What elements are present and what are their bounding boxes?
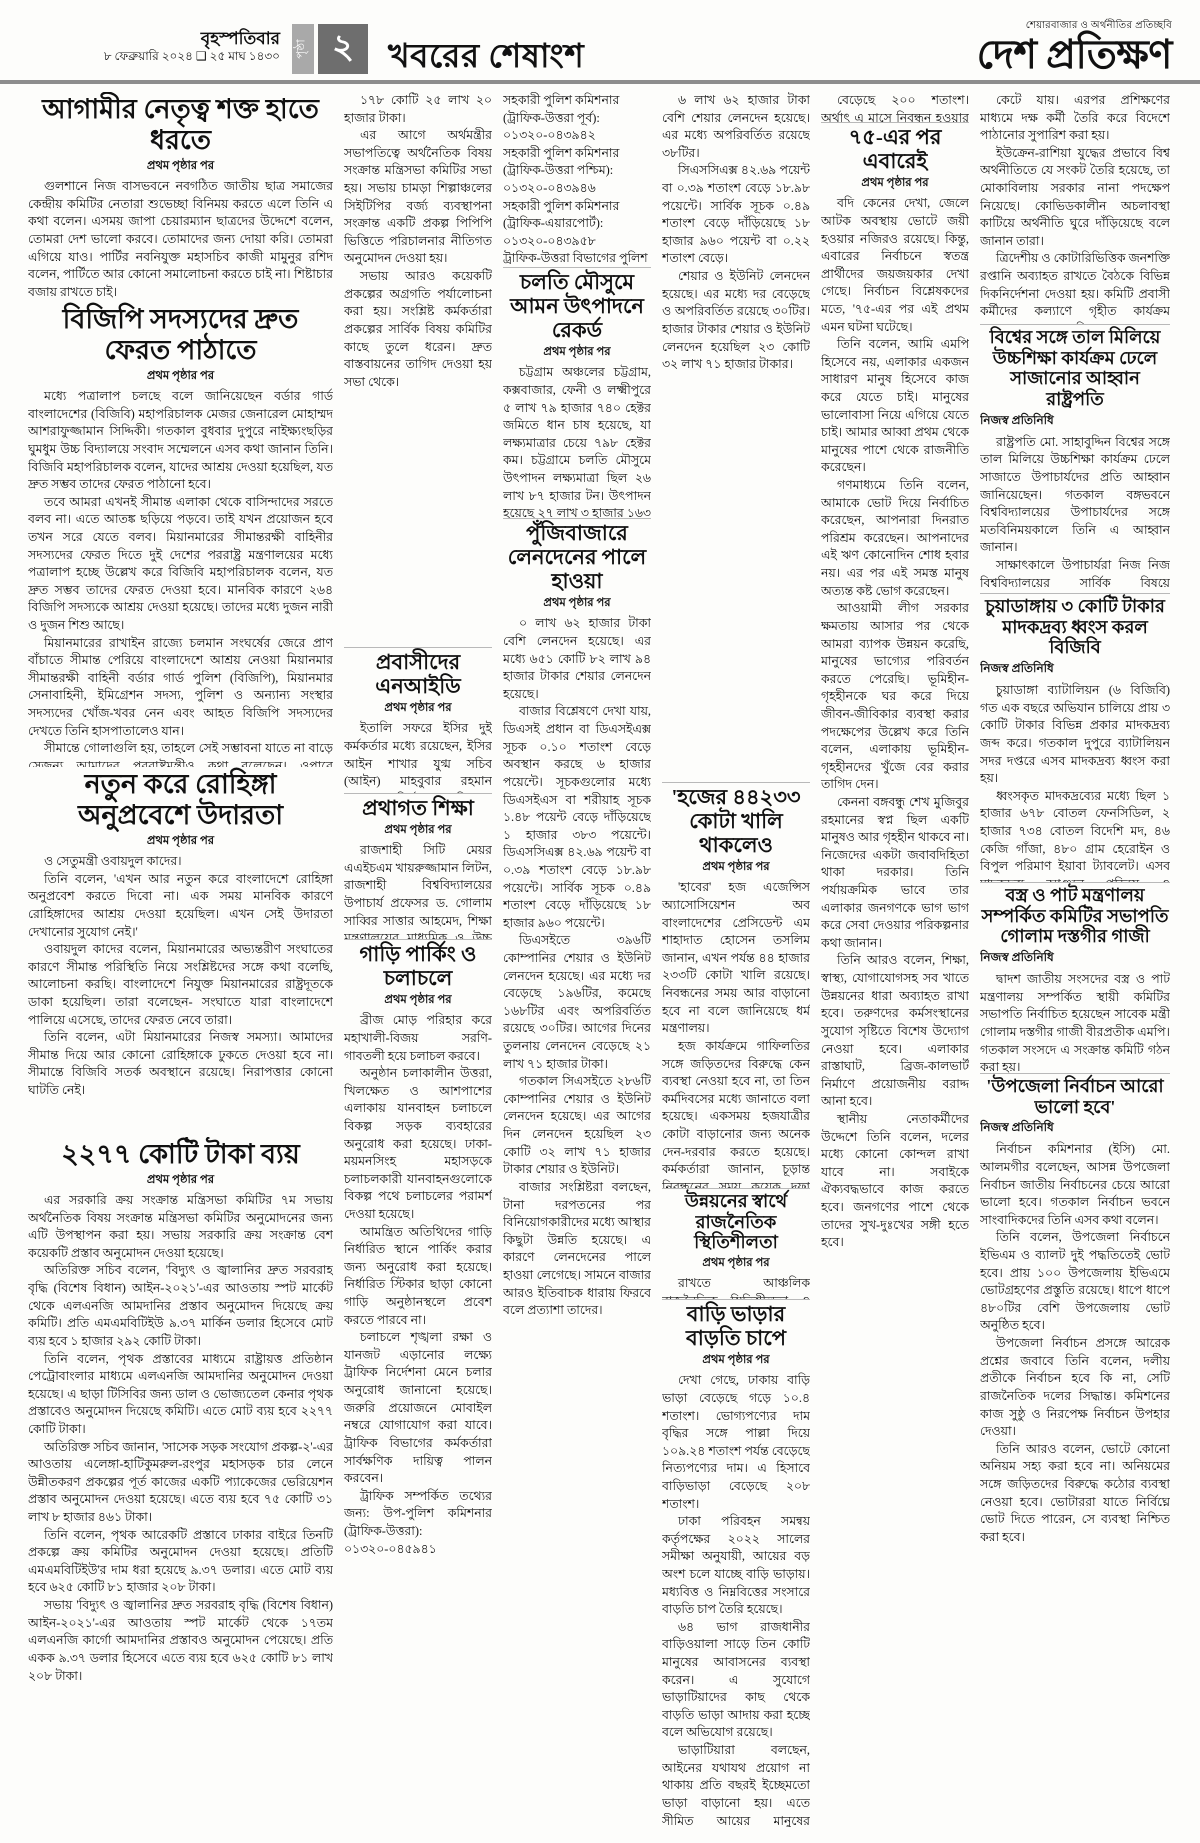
- article-bgp-ferot: বিজিপি সদস্যদের দ্রুত ফেরত পাঠাতে প্রথম …: [28, 302, 333, 767]
- body-paragraph: হজ কার্যক্রমে গাফিলতির সঙ্গে জড়িতদের বি…: [662, 1038, 810, 1188]
- headline: পুঁজিবাজারে লেনদেনের পালে হাওয়া: [503, 521, 651, 593]
- headline: 'হজের ৪৪২৩৩ কোটা খালি থাকলেও: [662, 785, 810, 857]
- column-6: কেটে যায়। এরপর প্রশিক্ষণের মাধ্যমে দক্ষ…: [980, 92, 1170, 1827]
- article-probashi-nid: প্রবাসীদের এনআইডি প্রথম পৃষ্ঠার পর ইতালি…: [344, 647, 492, 793]
- headline: ৭৫-এর পর এবারেই: [821, 125, 969, 173]
- body-paragraph: রাষ্ট্রপতি মো. সাহাবুদ্দিন বিশ্বের সঙ্গে…: [980, 434, 1170, 557]
- masthead: বৃহস্পতিবার ৮ ফেব্রুয়ারি ২০২৪ ❑ ২৫ মাঘ …: [0, 0, 1200, 84]
- column-3: সহকারী পুলিশ কমিশনার (ট্রাফিক-উত্তরা পূর…: [503, 92, 651, 1827]
- body-paragraph: তিনি বলেন, পৃথক আরেকটি প্রস্তাবে ঢাকার ব…: [28, 1527, 333, 1597]
- article-prothagoto-shikkha: প্রথাগত শিক্ষা প্রথম পৃষ্ঠার পর রাজশাহী …: [344, 793, 492, 939]
- body-paragraph: ধ্বংসকৃত মাদকদ্রব্যের মধ্যে ছিল ১ হাজার …: [980, 788, 1170, 882]
- headline: প্রথাগত শিক্ষা: [344, 796, 492, 820]
- newspaper-page: বৃহস্পতিবার ৮ ফেব্রুয়ারি ২০২৪ ❑ ২৫ মাঘ …: [0, 0, 1200, 1843]
- body-paragraph: ভাড়াটিয়ারা বলছেন, আইনের যথাযথ প্রয়োগ …: [662, 1742, 810, 1827]
- body-paragraph: গুলশানে নিজ বাসভবনে নবগঠিত জাতীয় ছাত্র …: [28, 178, 333, 301]
- body-paragraph: ঢাকা পরিবহন সমন্বয় কর্তৃপক্ষের ২০২২ সাল…: [662, 1513, 810, 1619]
- body-paragraph: তিনি বলেন, পৃথক প্রস্তাবের মাধ্যমে রাষ্ট…: [28, 1351, 333, 1439]
- headline: বিশ্বের সঙ্গে তাল মিলিয়ে উচ্চশিক্ষা কার…: [980, 327, 1170, 410]
- body-paragraph: তিনি আরও বলেন, শিক্ষা, স্বাস্থ্য, যোগাযো…: [821, 952, 969, 1110]
- continued-label: প্রথম পৃষ্ঠার পর: [28, 157, 333, 176]
- body-paragraph: ০ লাখ ৬২ হাজার টাকা বেশি লেনদেন হয়েছে। …: [503, 615, 651, 703]
- body-paragraph: গণমাধ্যমে তিনি বলেন, আমাকে ভোট দিয়ে নির…: [821, 477, 969, 600]
- article-continuation-fragment: ১৭৮ কোটি ২৫ লাখ ২০ হাজার টাকা। এর আগে অর…: [344, 92, 492, 647]
- article-agamir-netritto: আগামীর নেতৃত্ব শক্ত হাতে ধরতে প্রথম পৃষ্…: [28, 92, 333, 302]
- section-title: খবরের শেষাংশ: [388, 30, 584, 86]
- body-paragraph: অতিরিক্ত সচিব জানান, 'সাসেক সড়ক সংযোগ প…: [28, 1439, 333, 1527]
- body-paragraph: ও সেতুমন্ত্রী ওবায়দুল কাদের।: [28, 853, 333, 871]
- column-5: বেড়েছে ২০০ শতাংশ। অর্থাৎ এ মাসে নিবন্ধন…: [821, 92, 969, 1827]
- paper-name: দেশ প্রতিক্ষণ: [977, 35, 1172, 75]
- body-paragraph: ১৭৮ কোটি ২৫ লাখ ২০ হাজার টাকা।: [344, 92, 492, 127]
- article-hajj-quota: 'হজের ৪৪২৩৩ কোটা খালি থাকলেও প্রথম পৃষ্ঠ…: [662, 782, 810, 1188]
- body-paragraph: ডিএসইতে ৩৯৬টি কোম্পানির শেয়ার ও ইউনিট ল…: [503, 932, 651, 1073]
- contact-line: সহকারী পুলিশ কমিশনার (ট্রাফিক-এয়ারপোর্ট…: [503, 198, 651, 251]
- continued-label: প্রথম পৃষ্ঠার পর: [28, 1171, 333, 1190]
- column-1: আগামীর নেতৃত্ব শক্ত হাতে ধরতে প্রথম পৃষ্…: [28, 92, 333, 1827]
- contact-line: ট্রাফিক-উত্তরা বিভাগের পুলিশ পরিদর্শক (প…: [503, 250, 651, 267]
- continued-label: প্রথম পৃষ্ঠার পর: [344, 991, 492, 1010]
- masthead-rule: [0, 80, 1200, 84]
- headline: বাড়ি ভাড়ার বাড়তি চাপে: [662, 1302, 810, 1350]
- article-gari-parking: গাড়ি পার্কিং ও চলাচলে প্রথম পৃষ্ঠার পর …: [344, 939, 492, 1827]
- body-paragraph: সাক্ষাৎকালে উপাচার্যরা নিজ নিজ বিশ্ববিদ্…: [980, 557, 1170, 593]
- body-paragraph: ৬৪ ভাগ রাজধানীর বাড়িওয়ালা সাড়ে তিন কো…: [662, 1619, 810, 1742]
- body-paragraph: চট্টগ্রাম অঞ্চলের চট্টগ্রাম, কক্সবাজার, …: [503, 364, 651, 518]
- body-paragraph: স্থানীয় নেতাকর্মীদের উদ্দেশে তিনি বলেন,…: [821, 1111, 969, 1252]
- body-paragraph: তবে আমরা এখনই সীমান্ত এলাকা থেকে বাসিন্দ…: [28, 494, 333, 635]
- article-continuation-fragment: ৬ লাখ ৬২ হাজার টাকা বেশি শেয়ার লেনদেন হ…: [662, 92, 810, 782]
- body-paragraph: দ্বাদশ জাতীয় সংসদের বস্ত্র ও পাট মন্ত্র…: [980, 971, 1170, 1073]
- article-chuadanga-madok: চুয়াডাঙ্গায় ৩ কোটি টাকার মাদকদ্রব্য ধ্…: [980, 593, 1170, 882]
- article-bari-vara: বাড়ি ভাড়ার বাড়তি চাপে প্রথম পৃষ্ঠার প…: [662, 1299, 810, 1827]
- body-paragraph: চুয়াডাঙ্গা ব্যাটালিয়ন (৬ বিজিবি) গত এক…: [980, 682, 1170, 788]
- headline: চলতি মৌসুমে আমন উৎপাদনে রেকর্ড: [503, 270, 651, 342]
- body-paragraph: বাজার সংশ্লিষ্টরা বলছেন, টানা দরপতনের পর…: [503, 1179, 651, 1320]
- newspaper-logo: শেয়ারবাজার ও অর্থনীতির প্রতিচ্ছবি দেশ প…: [977, 18, 1172, 75]
- continued-label: প্রথম পৃষ্ঠার পর: [344, 821, 492, 840]
- body-paragraph: ইউক্রেন-রাশিয়া যুদ্ধের প্রভাবে বিশ্ব অর…: [980, 145, 1170, 251]
- body-paragraph: আমন্ত্রিত অতিথিদের গাড়ি নির্ধারিত স্থান…: [344, 1224, 492, 1330]
- continued-label: প্রথম পৃষ্ঠার পর: [662, 1254, 810, 1273]
- body-paragraph: অতিরিক্ত সচিব বলেন, 'বিদ্যুৎ ও জ্বালানির…: [28, 1262, 333, 1350]
- headline: 'উপজেলা নির্বাচন আরো ভালো হবে': [980, 1076, 1170, 1117]
- body-paragraph: নির্বাচন কমিশনার (ইসি) মো. আলমগীর বলেছেন…: [980, 1141, 1170, 1229]
- body-paragraph: দেখা গেছে, ঢাকায় বাড়ি ভাড়া বেড়েছে গড…: [662, 1372, 810, 1513]
- article-columns: আগামীর নেতৃত্ব শক্ত হাতে ধরতে প্রথম পৃষ্…: [28, 92, 1174, 1827]
- body-paragraph: অনুষ্ঠান চলাকালীন উত্তরা, খিলক্ষেত ও আশপ…: [344, 1065, 492, 1223]
- body-paragraph: তিনি বলেন, উপজেলা নির্বাচনে ইভিএম ও ব্যা…: [980, 1229, 1170, 1335]
- body-paragraph: কেননা বঙ্গবন্ধু শেখ মুজিবুর রহমানের স্বপ…: [821, 794, 969, 952]
- body-paragraph: উপজেলা নির্বাচন প্রসঙ্গে আরেক প্রশ্নের জ…: [980, 1335, 1170, 1441]
- body-paragraph: 'হাবের' হজ এজেন্সিস অ্যাসোসিয়েশন অব বাং…: [662, 879, 810, 1037]
- body-paragraph: সিএসসিএক্স ৪২.৬৯ পয়েন্ট বা ০.৩৯ শতাংশ ব…: [662, 162, 810, 268]
- body-paragraph: আওয়ামী লীগ সরকার ক্ষমতায় আসার পর থেকে …: [821, 600, 969, 794]
- continued-label: প্রথম পৃষ্ঠার পর: [662, 858, 810, 877]
- article-unnoyon-sthitishilota: উন্নয়নের স্বার্থে রাজনৈতিক স্থিতিশীলতা …: [662, 1188, 810, 1299]
- article-upazila-nirbachon: 'উপজেলা নির্বাচন আরো ভালো হবে' নিজস্ব প্…: [980, 1073, 1170, 1827]
- body-paragraph: মিয়ানমারের রাখাইন রাজ্যে চলমান সংঘর্ষের…: [28, 635, 333, 741]
- continued-label: প্রথম পৃষ্ঠার পর: [28, 367, 333, 386]
- page-word-box: পৃষ্ঠা: [292, 24, 314, 74]
- body-paragraph: তিনি বলেন, আমি এমপি হিসেবে নয়, এলাকার এ…: [821, 336, 969, 477]
- body-paragraph: তিনি আরও বলেন, ভোটে কোনো অনিয়ম সহ্য করা…: [980, 1441, 1170, 1547]
- date-line: ৮ ফেব্রুয়ারি ২০২৪ ❑ ২৫ মাঘ ১৪৩০: [70, 49, 280, 64]
- body-paragraph: বাজার বিশ্লেষণে দেখা যায়, ডিএসই প্রধান …: [503, 703, 651, 932]
- headline: বস্ত্র ও পাট মন্ত্রণালয় সম্পর্কিত কমিটি…: [980, 885, 1170, 947]
- body-paragraph: বেড়েছে ২০০ শতাংশ। অর্থাৎ এ মাসে নিবন্ধন…: [821, 92, 969, 122]
- body-paragraph: সভায় 'বিদ্যুৎ ও জ্বালানির দ্রুত সরবরাহ …: [28, 1597, 333, 1685]
- body-paragraph: সীমান্তে গোলাগুলি হয়, তাহলে সেই সম্ভাবন…: [28, 740, 333, 767]
- body-paragraph: ব্রীজ মোড় পরিহার করে মহাখালী-বিজয় সরণি…: [344, 1012, 492, 1065]
- correspondent-label: নিজস্ব প্রতিনিধি: [980, 949, 1170, 969]
- body-paragraph: তিনি বলেন, এটা মিয়ানমারের নিজস্ব সমস্যা…: [28, 1029, 333, 1099]
- body-paragraph: ৬ লাখ ৬২ হাজার টাকা বেশি শেয়ার লেনদেন হ…: [662, 92, 810, 162]
- continued-label: প্রথম পৃষ্ঠার পর: [503, 343, 651, 362]
- article-rashtrapati-uchchashikkha: বিশ্বের সঙ্গে তাল মিলিয়ে উচ্চশিক্ষা কার…: [980, 324, 1170, 593]
- body-paragraph: শেয়ার ও ইউনিট লেনদেন হয়েছে। এর মধ্যে দ…: [662, 268, 810, 374]
- body-paragraph: সভায় আরও কয়েকটি প্রকল্পের অগ্রগতি পর্য…: [344, 268, 492, 391]
- body-paragraph: মধ্যে পত্রালাপ চলছে বলে জানিয়েছেন বর্ডা…: [28, 388, 333, 494]
- date-block: বৃহস্পতিবার ৮ ফেব্রুয়ারি ২০২৪ ❑ ২৫ মাঘ …: [70, 28, 280, 64]
- body-paragraph: চলাচলে শৃঙ্খলা রক্ষা ও যানজট এড়ানোর লক্…: [344, 1329, 492, 1487]
- continued-label: প্রথম পৃষ্ঠার পর: [662, 1351, 810, 1370]
- continued-label: প্রথম পৃষ্ঠার পর: [821, 174, 969, 193]
- column-2: ১৭৮ কোটি ২৫ লাখ ২০ হাজার টাকা। এর আগে অর…: [344, 92, 492, 1827]
- article-bostro-pat-committee: বস্ত্র ও পাট মন্ত্রণালয় সম্পর্কিত কমিটি…: [980, 882, 1170, 1073]
- contact-line: সহকারী পুলিশ কমিশনার (ট্রাফিক-উত্তরা পশ্…: [503, 145, 651, 198]
- column-4: ৬ লাখ ৬২ হাজার টাকা বেশি শেয়ার লেনদেন হ…: [662, 92, 810, 1827]
- body-paragraph: বদি কেনের দেখা, জেলে আটক অবস্থায় ভোটে জ…: [821, 195, 969, 336]
- article-2277-koti-byay: ২২৭৭ কোটি টাকা ব্যয় প্রথম পৃষ্ঠার পর এর…: [28, 1137, 333, 1827]
- weekday: বৃহস্পতিবার: [70, 28, 280, 49]
- article-punjibazar-lenden: পুঁজিবাজারে লেনদেনের পালে হাওয়া প্রথম প…: [503, 518, 651, 1827]
- article-continuation-fragment: বেড়েছে ২০০ শতাংশ। অর্থাৎ এ মাসে নিবন্ধন…: [821, 92, 969, 122]
- headline: নতুন করে রোহিঙ্গা অনুপ্রবেশে উদারতা: [28, 769, 333, 831]
- traffic-contact-list: সহকারী পুলিশ কমিশনার (ট্রাফিক-উত্তরা পূর…: [503, 92, 651, 267]
- headline: চুয়াডাঙ্গায় ৩ কোটি টাকার মাদকদ্রব্য ধ্…: [980, 596, 1170, 658]
- correspondent-label: নিজস্ব প্রতিনিধি: [980, 412, 1170, 432]
- headline: বিজিপি সদস্যদের দ্রুত ফেরত পাঠাতে: [28, 304, 333, 366]
- article-rohingya-udarota: নতুন করে রোহিঙ্গা অনুপ্রবেশে উদারতা প্রথ…: [28, 767, 333, 1137]
- continued-label: প্রথম পৃষ্ঠার পর: [28, 832, 333, 851]
- correspondent-label: নিজস্ব প্রতিনিধি: [980, 660, 1170, 680]
- body-paragraph: ট্রাফিক সম্পর্কিত তথ্যের জন্য: উপ-পুলিশ …: [344, 1488, 492, 1558]
- correspondent-label: নিজস্ব প্রতিনিধি: [980, 1119, 1170, 1139]
- headline: প্রবাসীদের এনআইডি: [344, 650, 492, 698]
- body-paragraph: এর আগে অর্থমন্ত্রীর সভাপতিত্বে অর্থনৈতিক…: [344, 127, 492, 268]
- continued-label: প্রথম পৃষ্ঠার পর: [503, 594, 651, 613]
- body-paragraph: ত্রিদেশীয় ও কোটারিভিত্তিক জনশক্তি রপ্তা…: [980, 250, 1170, 324]
- contact-line: সহকারী পুলিশ কমিশনার (ট্রাফিক-উত্তরা পূর…: [503, 92, 651, 145]
- article-amon-record: চলতি মৌসুমে আমন উৎপাদনে রেকর্ড প্রথম পৃষ…: [503, 267, 651, 518]
- continued-label: প্রথম পৃষ্ঠার পর: [344, 699, 492, 718]
- body-paragraph: ইতালি সফরে ইসির দুই কর্মকর্তার মধ্যে রয়…: [344, 720, 492, 793]
- article-continuation-fragment: কেটে যায়। এরপর প্রশিক্ষণের মাধ্যমে দক্ষ…: [980, 92, 1170, 324]
- article-75-er-por: ৭৫-এর পর এবারেই প্রথম পৃষ্ঠার পর বদি কেন…: [821, 122, 969, 1827]
- body-paragraph: ওবায়দুল কাদের বলেন, মিয়ানমারের অভ্যন্ত…: [28, 941, 333, 1029]
- body-paragraph: তিনি বলেন, 'এখন আর নতুন করে বাংলাদেশে রো…: [28, 871, 333, 941]
- body-paragraph: রাখতে আঞ্চলিক রাজনৈতিক স্থিতিশীলতা ও শান…: [662, 1275, 810, 1299]
- headline: গাড়ি পার্কিং ও চলাচলে: [344, 942, 492, 990]
- body-paragraph: কেটে যায়। এরপর প্রশিক্ষণের মাধ্যমে দক্ষ…: [980, 92, 1170, 145]
- headline: উন্নয়নের স্বার্থে রাজনৈতিক স্থিতিশীলতা: [662, 1191, 810, 1253]
- body-paragraph: রাজশাহী সিটি মেয়র এএইচএম খায়রুজ্জামান …: [344, 842, 492, 939]
- headline: আগামীর নেতৃত্ব শক্ত হাতে ধরতে: [28, 94, 333, 156]
- headline: ২২৭৭ কোটি টাকা ব্যয়: [28, 1139, 333, 1170]
- page-number-box: ২: [318, 24, 368, 74]
- body-paragraph: এর সরকারি ক্রয় সংক্রান্ত মন্ত্রিসভা কমি…: [28, 1192, 333, 1262]
- body-paragraph: গতকাল সিএসইতে ২৮৬টি কোম্পানির শেয়ার ও ই…: [503, 1073, 651, 1179]
